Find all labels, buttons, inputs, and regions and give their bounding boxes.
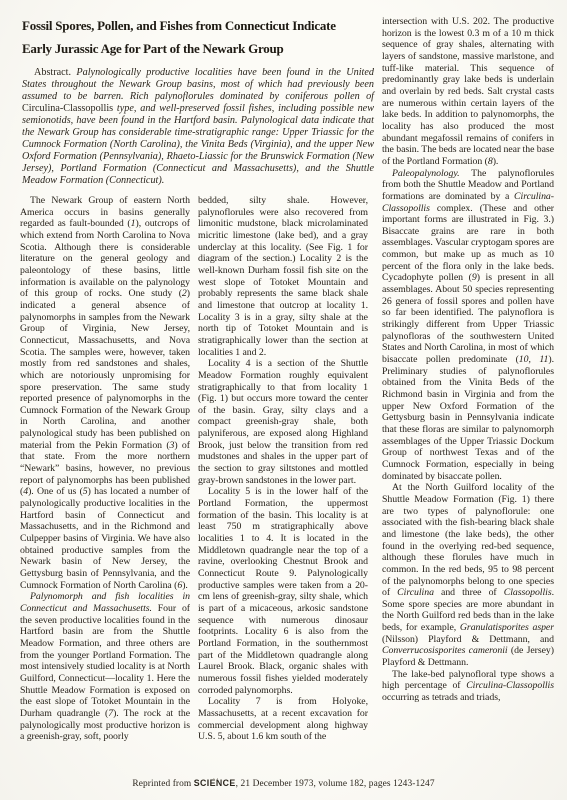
text-run: Locality 4 is a section of the Shuttle M… bbox=[198, 358, 368, 486]
text-run: Converrucosisporites cameronii bbox=[382, 645, 508, 656]
article-title-line-1: Fossil Spores, Pollen, and Fishes from C… bbox=[22, 14, 380, 37]
text-run: Locality 5 is in the lower half of the P… bbox=[198, 486, 368, 695]
text-run: ), outcrops of which extend from North C… bbox=[20, 218, 190, 299]
text-run: type, and well-preserved fossil fishes, … bbox=[22, 103, 374, 186]
text-run: bedded, silty shale. However, palynoflor… bbox=[198, 195, 368, 358]
paragraph: The lake-bed palynofloral type shows a h… bbox=[382, 669, 554, 704]
text-run: ). bbox=[182, 580, 188, 591]
text-run: and three of bbox=[434, 587, 504, 598]
text-run: At the North Guilford locality of the Sh… bbox=[382, 482, 554, 598]
journal-name: SCIENCE bbox=[194, 778, 236, 788]
text-run: 10, 11 bbox=[519, 354, 549, 365]
reprint-credit: Reprinted from SCIENCE, 21 December 1973… bbox=[0, 778, 567, 789]
journal-reprint-page: Fossil Spores, Pollen, and Fishes from C… bbox=[0, 0, 567, 800]
text-run: Palynologically productive localities ha… bbox=[22, 67, 374, 102]
reprint-credit-suffix: , 21 December 1973, volume 182, pages 12… bbox=[236, 779, 435, 789]
text-run: intersection with U.S. 202. The producti… bbox=[382, 16, 554, 167]
text-column-right: intersection with U.S. 202. The producti… bbox=[382, 16, 554, 766]
text-run: ) has located a number of palynologicall… bbox=[20, 486, 190, 590]
text-run: Circulina-Classopollis bbox=[466, 680, 554, 691]
text-run: Granulatisporites asper bbox=[460, 622, 554, 633]
text-run: Circulina-Classopollis bbox=[22, 103, 113, 114]
paragraph: Palynomorph and fish localities in Conne… bbox=[20, 591, 190, 743]
paragraph: Locality 5 is in the lower half of the P… bbox=[198, 486, 368, 696]
paragraph: intersection with U.S. 202. The producti… bbox=[382, 16, 554, 168]
article-title: Fossil Spores, Pollen, and Fishes from C… bbox=[22, 14, 380, 60]
text-run: ) is present in all assemblages. About 5… bbox=[382, 272, 554, 365]
paragraph: Locality 4 is a section of the Shuttle M… bbox=[198, 358, 368, 486]
text-run: Locality 7 is from Holyoke, Massachusett… bbox=[198, 696, 368, 742]
text-run: (Nilsson) Playford & Dettmann, and bbox=[382, 634, 554, 645]
paragraph: At the North Guilford locality of the Sh… bbox=[382, 482, 554, 669]
article-title-line-2: Early Jurassic Age for Part of the Newar… bbox=[22, 37, 380, 60]
abstract-paragraph: Abstract. Palynologically productive loc… bbox=[22, 67, 374, 187]
text-run: complex. (These and other important form… bbox=[382, 203, 554, 284]
paragraph: bedded, silty shale. However, palynoflor… bbox=[198, 195, 368, 358]
text-run: ) indicated a general absence of palynom… bbox=[20, 288, 190, 451]
text-run: ). Preliminary studies of palynoflorules… bbox=[382, 354, 554, 482]
text-run: Abstract. bbox=[34, 67, 71, 78]
reprint-credit-prefix: Reprinted from bbox=[132, 779, 193, 789]
text-run: ). bbox=[493, 156, 499, 167]
paragraph: Paleopalynology. The palynoflorules from… bbox=[382, 168, 554, 483]
text-run: Circulina bbox=[397, 587, 434, 598]
text-run: Paleopalynology. bbox=[392, 168, 460, 179]
text-run: occurring as tetrads and triads, bbox=[382, 692, 500, 703]
text-run: Classopollis bbox=[504, 587, 552, 598]
text-column-left: The Newark Group of eastern North Americ… bbox=[20, 195, 190, 769]
text-run: ). One of us ( bbox=[28, 486, 83, 497]
paragraph: The Newark Group of eastern North Americ… bbox=[20, 195, 190, 591]
text-column-middle: bedded, silty shale. However, palynoflor… bbox=[198, 195, 368, 769]
text-run: Four of the seven productive localities … bbox=[20, 603, 190, 719]
paragraph: Locality 7 is from Holyoke, Massachusett… bbox=[198, 696, 368, 743]
